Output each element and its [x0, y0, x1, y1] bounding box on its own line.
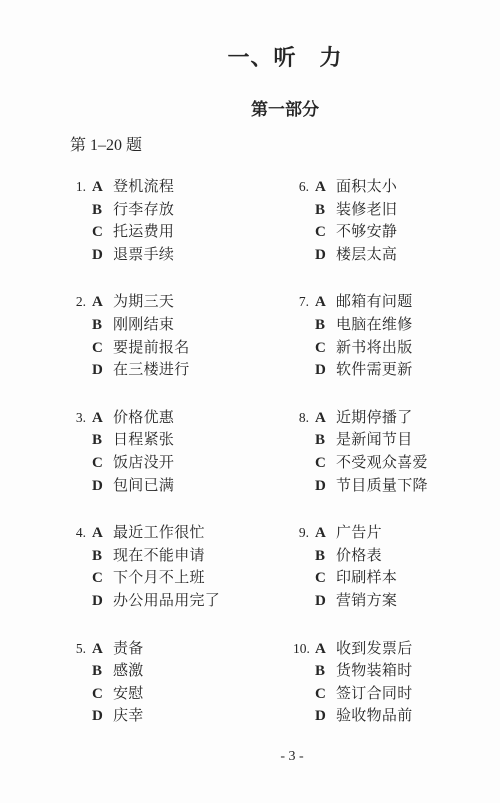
option-text: 日程紧张	[113, 432, 174, 448]
option-row: B日程紧张	[70, 429, 293, 452]
option-letter: B	[92, 429, 105, 452]
option-letter: D	[92, 359, 105, 382]
option-letter: D	[92, 244, 105, 267]
questions-column-right: 6.A面积太小B装修老旧C不够安静D楼层太高7.A邮箱有问题B电脑在维修C新书将…	[293, 176, 500, 728]
option-text: 安慰	[113, 686, 144, 702]
option-text: 登机流程	[113, 179, 174, 195]
option-letter: D	[315, 359, 328, 382]
option-text: 价格优惠	[113, 410, 174, 426]
section-title: 一、听 力	[70, 45, 500, 71]
option-text: 现在不能申请	[113, 548, 205, 564]
option-letter: C	[315, 452, 328, 475]
option-row: D验收物品前	[293, 705, 500, 728]
option-letter: B	[315, 660, 328, 683]
option-text: 邮箱有问题	[336, 294, 413, 310]
option-text: 验收物品前	[336, 708, 413, 724]
option-row: 5.A责备	[70, 638, 293, 661]
option-letter: B	[92, 199, 105, 222]
option-row: C饭店没开	[70, 452, 293, 475]
page-number: - 3 -	[0, 748, 500, 766]
part-heading: 第一部分	[70, 101, 500, 119]
question-5: 5.A责备B感激C安慰D庆幸	[70, 638, 293, 728]
option-letter: A	[315, 291, 328, 314]
option-letter: C	[315, 337, 328, 360]
option-text: 不够安静	[336, 224, 397, 240]
question-number: 3.	[70, 407, 86, 430]
option-row: B行李存放	[70, 199, 293, 222]
option-row: D在三楼进行	[70, 359, 293, 382]
option-row: 8.A近期停播了	[293, 407, 500, 430]
option-letter: A	[92, 638, 105, 661]
option-row: B刚刚结束	[70, 314, 293, 337]
option-letter: D	[315, 590, 328, 613]
option-text: 最近工作很忙	[113, 525, 205, 541]
option-text: 感激	[113, 663, 144, 679]
option-text: 广告片	[336, 525, 382, 541]
question-number: 6.	[293, 176, 309, 199]
option-text: 近期停播了	[336, 410, 413, 426]
option-letter: A	[92, 176, 105, 199]
option-text: 行李存放	[113, 202, 174, 218]
option-row: B价格表	[293, 545, 500, 568]
option-row: B是新闻节目	[293, 429, 500, 452]
questions-grid: 1.A登机流程B行李存放C托运费用D退票手续2.A为期三天B刚刚结束C要提前报名…	[70, 176, 500, 728]
option-row: 1.A登机流程	[70, 176, 293, 199]
option-text: 在三楼进行	[113, 362, 190, 378]
option-row: B货物装箱时	[293, 660, 500, 683]
option-letter: D	[92, 475, 105, 498]
option-row: C签订合同时	[293, 683, 500, 706]
option-row: B装修老旧	[293, 199, 500, 222]
option-text: 不受观众喜爱	[336, 455, 428, 471]
option-text: 要提前报名	[113, 340, 190, 356]
option-letter: B	[315, 545, 328, 568]
option-row: B感激	[70, 660, 293, 683]
option-row: C托运费用	[70, 221, 293, 244]
option-letter: A	[315, 638, 328, 661]
option-text: 为期三天	[113, 294, 174, 310]
option-text: 电脑在维修	[336, 317, 413, 333]
option-row: 10.A收到发票后	[293, 638, 500, 661]
option-row: D营销方案	[293, 590, 500, 613]
option-letter: A	[92, 407, 105, 430]
option-text: 包间已满	[113, 478, 174, 494]
option-letter: D	[315, 705, 328, 728]
option-row: C印刷样本	[293, 567, 500, 590]
question-7: 7.A邮箱有问题B电脑在维修C新书将出版D软件需更新	[293, 291, 500, 381]
questions-column-left: 1.A登机流程B行李存放C托运费用D退票手续2.A为期三天B刚刚结束C要提前报名…	[70, 176, 293, 728]
option-row: D办公用品用完了	[70, 590, 293, 613]
option-row: 3.A价格优惠	[70, 407, 293, 430]
question-6: 6.A面积太小B装修老旧C不够安静D楼层太高	[293, 176, 500, 266]
option-letter: C	[92, 683, 105, 706]
question-1: 1.A登机流程B行李存放C托运费用D退票手续	[70, 176, 293, 266]
option-letter: C	[315, 683, 328, 706]
question-9: 9.A广告片B价格表C印刷样本D营销方案	[293, 522, 500, 612]
question-number: 2.	[70, 291, 86, 314]
option-letter: B	[315, 314, 328, 337]
question-number: 9.	[293, 522, 309, 545]
option-row: D包间已满	[70, 475, 293, 498]
option-text: 饭店没开	[113, 455, 174, 471]
option-text: 装修老旧	[336, 202, 397, 218]
option-letter: D	[315, 475, 328, 498]
option-row: B电脑在维修	[293, 314, 500, 337]
option-row: D软件需更新	[293, 359, 500, 382]
option-text: 印刷样本	[336, 570, 397, 586]
option-letter: B	[315, 199, 328, 222]
option-letter: B	[92, 545, 105, 568]
option-row: D楼层太高	[293, 244, 500, 267]
question-number: 7.	[293, 291, 309, 314]
question-10: 10.A收到发票后B货物装箱时C签订合同时D验收物品前	[293, 638, 500, 728]
question-4: 4.A最近工作很忙B现在不能申请C下个月不上班D办公用品用完了	[70, 522, 293, 612]
question-number: 4.	[70, 522, 86, 545]
option-text: 货物装箱时	[336, 663, 413, 679]
option-letter: A	[92, 522, 105, 545]
option-letter: C	[315, 567, 328, 590]
option-text: 收到发票后	[336, 641, 413, 657]
option-text: 签订合同时	[336, 686, 413, 702]
option-row: D庆幸	[70, 705, 293, 728]
option-letter: A	[92, 291, 105, 314]
option-row: 9.A广告片	[293, 522, 500, 545]
option-text: 新书将出版	[336, 340, 413, 356]
option-letter: A	[315, 407, 328, 430]
option-text: 退票手续	[113, 247, 174, 263]
option-text: 托运费用	[113, 224, 174, 240]
option-letter: B	[92, 660, 105, 683]
option-text: 下个月不上班	[113, 570, 205, 586]
option-row: C不受观众喜爱	[293, 452, 500, 475]
option-row: C要提前报名	[70, 337, 293, 360]
option-row: D节目质量下降	[293, 475, 500, 498]
option-letter: D	[315, 244, 328, 267]
option-text: 刚刚结束	[113, 317, 174, 333]
question-2: 2.A为期三天B刚刚结束C要提前报名D在三楼进行	[70, 291, 293, 381]
option-letter: B	[92, 314, 105, 337]
option-row: C不够安静	[293, 221, 500, 244]
option-letter: B	[315, 429, 328, 452]
question-range-heading: 第 1–20 题	[70, 137, 500, 155]
option-row: 7.A邮箱有问题	[293, 291, 500, 314]
option-letter: A	[315, 176, 328, 199]
option-text: 是新闻节目	[336, 432, 413, 448]
option-text: 价格表	[336, 548, 382, 564]
option-letter: D	[92, 590, 105, 613]
question-number: 10.	[293, 638, 309, 661]
option-row: 4.A最近工作很忙	[70, 522, 293, 545]
exam-page: 一、听 力 第一部分 第 1–20 题 1.A登机流程B行李存放C托运费用D退票…	[0, 0, 500, 803]
option-text: 楼层太高	[336, 247, 397, 263]
option-text: 节目质量下降	[336, 478, 428, 494]
option-row: C安慰	[70, 683, 293, 706]
option-row: C下个月不上班	[70, 567, 293, 590]
option-text: 责备	[113, 641, 144, 657]
question-number: 8.	[293, 407, 309, 430]
option-row: C新书将出版	[293, 337, 500, 360]
question-8: 8.A近期停播了B是新闻节目C不受观众喜爱D节目质量下降	[293, 407, 500, 497]
option-letter: C	[92, 452, 105, 475]
option-text: 营销方案	[336, 593, 397, 609]
question-3: 3.A价格优惠B日程紧张C饭店没开D包间已满	[70, 407, 293, 497]
option-text: 庆幸	[113, 708, 144, 724]
option-row: 6.A面积太小	[293, 176, 500, 199]
option-letter: A	[315, 522, 328, 545]
option-letter: C	[92, 221, 105, 244]
option-row: B现在不能申请	[70, 545, 293, 568]
option-letter: C	[92, 567, 105, 590]
question-number: 5.	[70, 638, 86, 661]
question-number: 1.	[70, 176, 86, 199]
option-letter: C	[315, 221, 328, 244]
option-text: 面积太小	[336, 179, 397, 195]
option-letter: D	[92, 705, 105, 728]
option-row: D退票手续	[70, 244, 293, 267]
option-text: 软件需更新	[336, 362, 413, 378]
option-letter: C	[92, 337, 105, 360]
option-text: 办公用品用完了	[113, 593, 220, 609]
option-row: 2.A为期三天	[70, 291, 293, 314]
